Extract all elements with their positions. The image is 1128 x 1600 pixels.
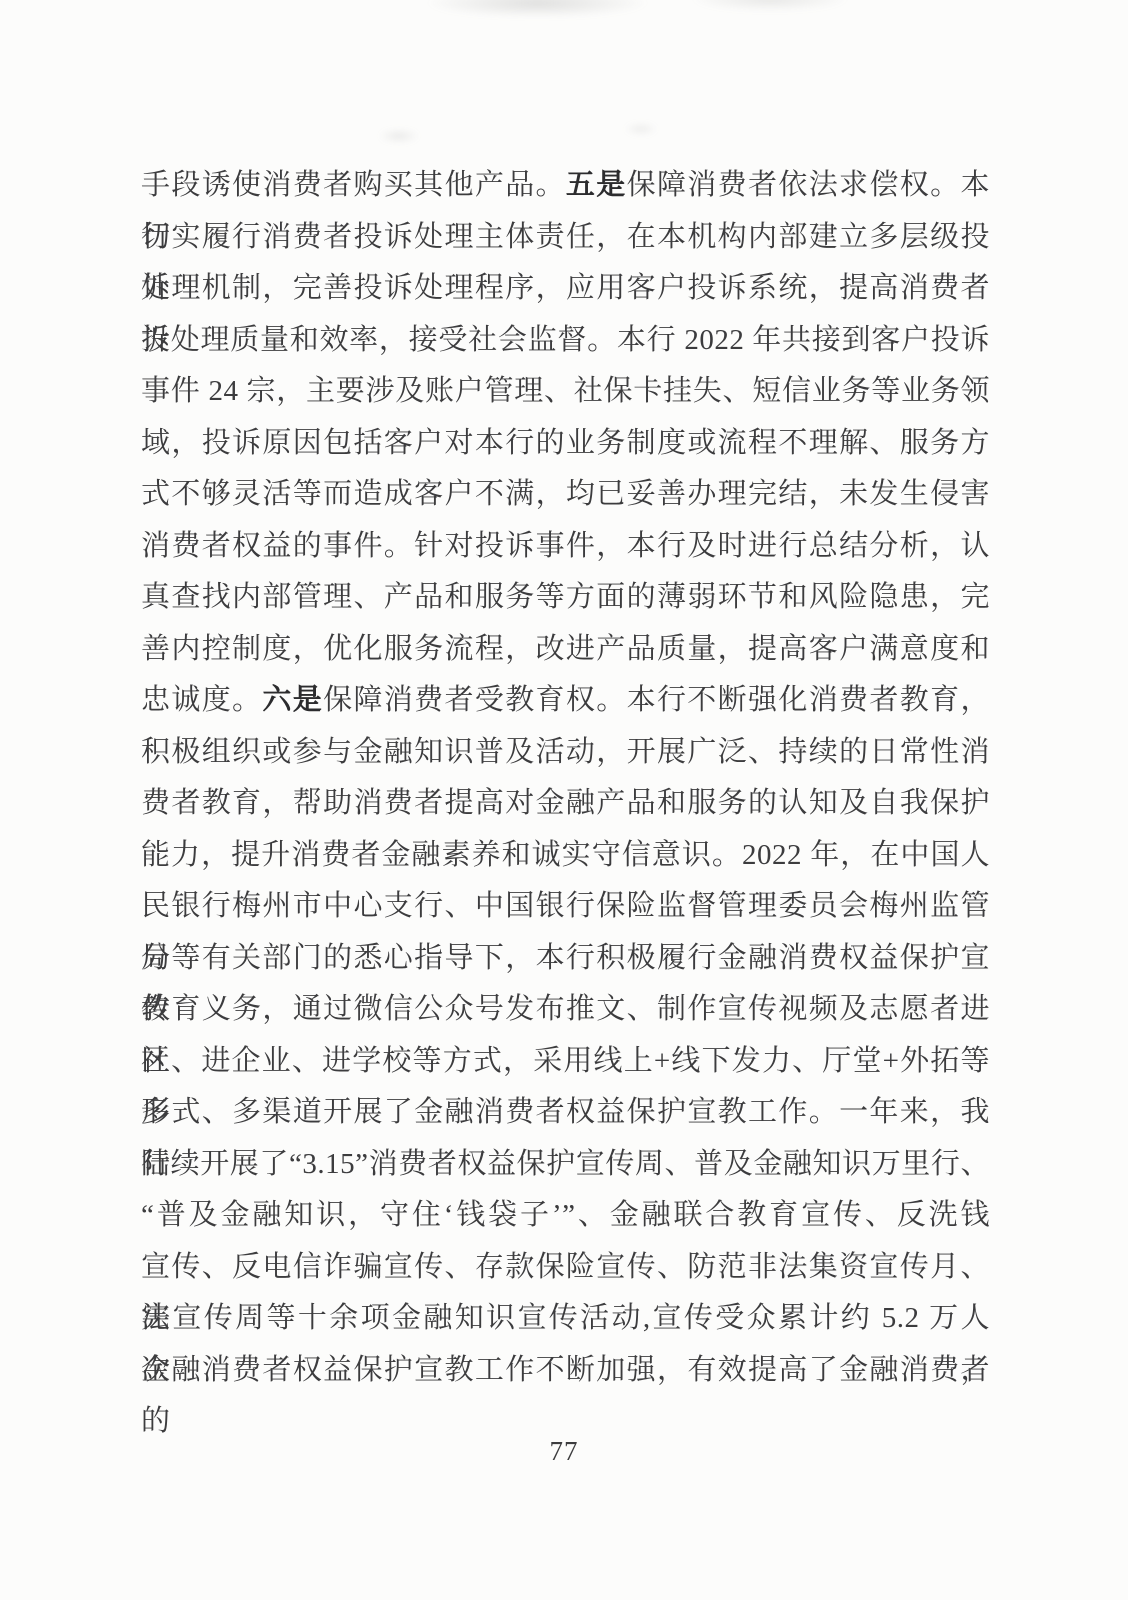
body-text: 事件 24 宗，主要涉及账户管理、社保卡挂失、短信业务等业务领 (141, 375, 990, 407)
text-line-11: 忠诚度。六是保障消费者受教育权。本行不断强化消费者教育， (141, 675, 990, 727)
text-line-18: 区、进企业、进学校等方式，采用线上+线下发力、厅堂+外拓等多 (141, 1036, 990, 1088)
text-line-3: 处理机制，完善投诉处理程序，应用客户投诉系统，提高消费者投 (141, 263, 990, 315)
scan-artifact (690, 0, 850, 12)
text-line-7: 式不够灵活等而造成客户不满，均已妥善办理完结，未发生侵害 (141, 469, 990, 521)
text-line-20: 陆续开展了“3.15”消费者权益保护宣传周、普及金融知识万里行、 (141, 1139, 990, 1191)
text-line-16: 局等有关部门的悉心指导下，本行积极履行金融消费权益保护宣传 (141, 933, 990, 985)
body-text: 消费者权益的事件。针对投诉事件，本行及时进行总结分析，认 (141, 530, 990, 562)
body-text: 善内控制度，优化服务流程，改进产品质量，提高客户满意度和 (141, 633, 990, 665)
body-text: 诉处理质量和效率，接受社会监督。本行 2022 年共接到客户投诉 (141, 324, 990, 356)
text-line-24: 金融消费者权益保护宣教工作不断加强，有效提高了金融消费者的 (141, 1345, 990, 1397)
text-line-6: 域，投诉原因包括客户对本行的业务制度或流程不理解、服务方 (141, 418, 990, 470)
emphasis-text: 六是 (262, 684, 323, 716)
text-line-21: “普及金融知识，守住‘钱袋子’”、金融联合教育宣传、反洗钱 (141, 1190, 990, 1242)
body-text: “普及金融知识，守住‘钱袋子’”、金融联合教育宣传、反洗钱 (141, 1199, 990, 1231)
document-body: 手段诱使消费者购买其他产品。五是保障消费者依法求偿权。本行切实履行消费者投诉处理… (141, 160, 990, 1396)
body-text: 保障消费者受教育权。本行不断强化消费者教育， (323, 684, 990, 716)
text-line-9: 真查找内部管理、产品和服务等方面的薄弱环节和风险隐患，完 (141, 572, 990, 624)
body-text: 陆续开展了“3.15”消费者权益保护宣传周、普及金融知识万里行、 (141, 1148, 990, 1180)
body-text: 真查找内部管理、产品和服务等方面的薄弱环节和风险隐患，完 (141, 581, 990, 613)
text-line-23: 法宣传周等十余项金融知识宣传活动,宣传受众累计约 5.2 万人次， (141, 1293, 990, 1345)
text-line-12: 积极组织或参与金融知识普及活动，开展广泛、持续的日常性消 (141, 727, 990, 779)
text-line-1: 手段诱使消费者购买其他产品。五是保障消费者依法求偿权。本行 (141, 160, 990, 212)
body-text: 积极组织或参与金融知识普及活动，开展广泛、持续的日常性消 (141, 736, 990, 768)
scanned-page: 手段诱使消费者购买其他产品。五是保障消费者依法求偿权。本行切实履行消费者投诉处理… (0, 0, 1128, 1600)
text-line-13: 费者教育，帮助消费者提高对金融产品和服务的认知及自我保护 (141, 778, 990, 830)
text-line-4: 诉处理质量和效率，接受社会监督。本行 2022 年共接到客户投诉 (141, 315, 990, 367)
text-line-19: 形式、多渠道开展了金融消费者权益保护宣教工作。一年来，我行 (141, 1087, 990, 1139)
body-text: 能力，提升消费者金融素养和诚实守信意识。2022 年，在中国人 (141, 839, 990, 871)
scan-artifact (425, 0, 650, 18)
body-text: 忠诚度。 (141, 684, 262, 716)
scan-artifact (624, 122, 658, 136)
text-line-8: 消费者权益的事件。针对投诉事件，本行及时进行总结分析，认 (141, 521, 990, 573)
body-text: 金融消费者权益保护宣教工作不断加强，有效提高了金融消费者的 (141, 1354, 990, 1438)
body-text: 费者教育，帮助消费者提高对金融产品和服务的认知及自我保护 (141, 787, 990, 819)
emphasis-text: 五是 (566, 169, 627, 201)
text-line-17: 教育义务，通过微信公众号发布推文、制作宣传视频及志愿者进社 (141, 984, 990, 1036)
text-line-5: 事件 24 宗，主要涉及账户管理、社保卡挂失、短信业务等业务领 (141, 366, 990, 418)
text-line-10: 善内控制度，优化服务流程，改进产品质量，提高客户满意度和 (141, 624, 990, 676)
body-text: 式不够灵活等而造成客户不满，均已妥善办理完结，未发生侵害 (141, 478, 990, 510)
body-text: 手段诱使消费者购买其他产品。 (141, 169, 566, 201)
text-line-2: 切实履行消费者投诉处理主体责任，在本机构内部建立多层级投诉 (141, 212, 990, 264)
scan-artifact (378, 128, 420, 144)
text-line-14: 能力，提升消费者金融素养和诚实守信意识。2022 年，在中国人 (141, 830, 990, 882)
text-line-22: 宣传、反电信诈骗宣传、存款保险宣传、防范非法集资宣传月、宪 (141, 1242, 990, 1294)
text-line-15: 民银行梅州市中心支行、中国银行保险监督管理委员会梅州监管分 (141, 881, 990, 933)
body-text: 域，投诉原因包括客户对本行的业务制度或流程不理解、服务方 (141, 427, 990, 459)
page-number: 77 (0, 1436, 1128, 1467)
